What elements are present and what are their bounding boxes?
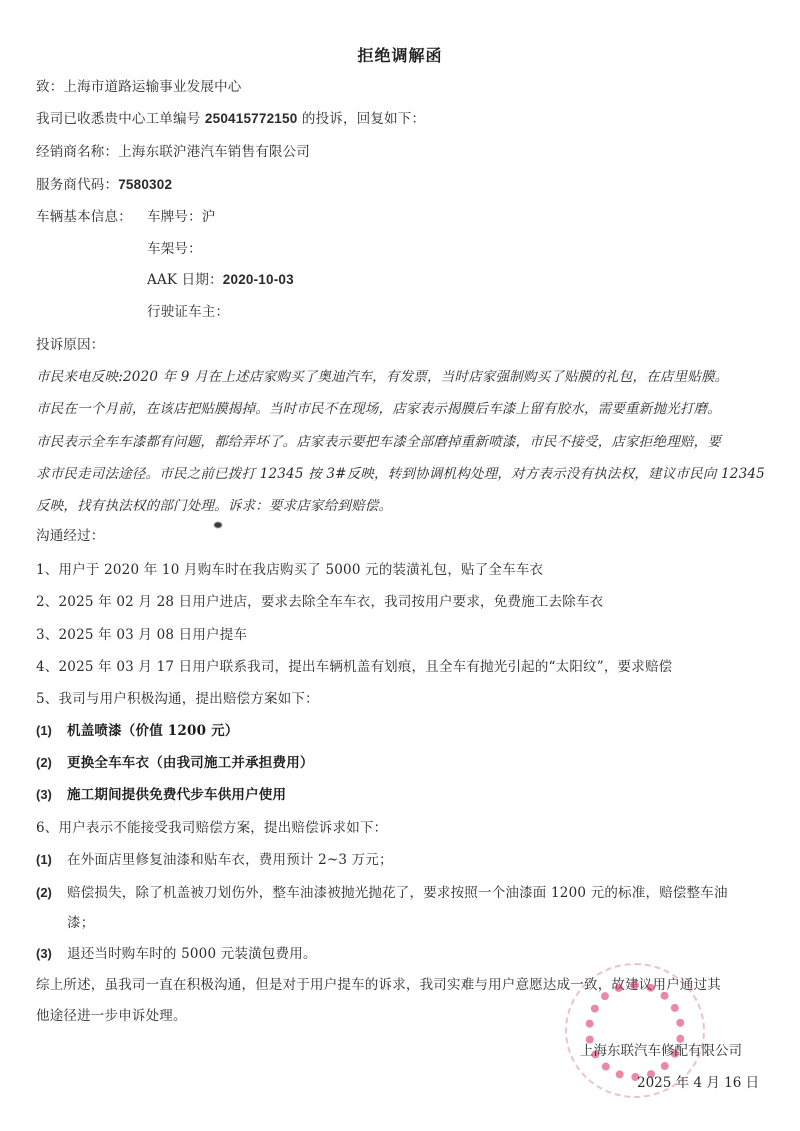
dealer-label: 经销商名称： xyxy=(36,144,118,160)
document-title: 拒绝调解函 xyxy=(0,43,800,66)
demand-marker: (1) xyxy=(36,852,52,867)
conclusion-line: 他途径进一步申诉处理。 xyxy=(36,1007,187,1025)
vin-label: 车架号： xyxy=(147,240,202,258)
complaint-line: 反映，找有执法权的部门处理。诉求：要求店家给到赔偿。 xyxy=(36,497,392,515)
aak-label: AAK 日期： xyxy=(147,272,223,288)
rejection-letter-page: 拒绝调解函 致：上海市道路运输事业发展中心 我司已收悉贵中心工单编号 25041… xyxy=(0,0,800,1131)
intro-suffix: 的投诉，回复如下： xyxy=(297,111,425,127)
seal-ring-icon xyxy=(585,981,685,1081)
user-demand: 在外面店里修复油漆和贴车衣，费用预计 2~3 万元； xyxy=(67,851,393,869)
user-demand: 赔偿损失，除了机盖被刀划伤外，整车油漆被抛光抛花了，要求按照一个油漆面 1200… xyxy=(67,884,728,902)
aak-line: AAK 日期：2020-10-03 xyxy=(147,271,294,289)
demand-marker: (3) xyxy=(36,946,52,961)
complaint-line: 市民来电反映:2020 年 9 月在上述店家购买了奥迪汽车，有发票，当时店家强制… xyxy=(36,368,728,386)
communication-heading: 沟通经过： xyxy=(36,527,105,545)
dealer-line: 经销商名称：上海东联沪港汽车销售有限公司 xyxy=(36,143,310,161)
offer-marker: (3) xyxy=(36,787,52,802)
company-offer: 机盖喷漆（价值 1200 元） xyxy=(67,722,238,740)
user-demand-continuation: 漆； xyxy=(67,914,94,932)
offer-marker: (1) xyxy=(36,723,52,738)
signature-date: 2025 年 4 月 16 日 xyxy=(637,1071,759,1091)
communication-item: 4、2025 年 03 月 17 日用户联系我司，提出车辆机盖有划痕，且全车有抛… xyxy=(36,658,672,676)
complaint-line: 市民表示全车车漆都有问题，都给弄坏了。店家表示要把车漆全部磨掉重新喷漆，市民不接… xyxy=(36,433,721,451)
complaint-line: 市民在一个月前，在该店把贴膜揭掉。当时市民不在现场，店家表示揭膜后车漆上留有胶水… xyxy=(36,400,721,418)
communication-item: 2、2025 年 02 月 28 日用户进店，要求去除全车车衣，我司按用户要求，… xyxy=(36,593,603,611)
communication-item: 3、2025 年 03 月 08 日用户提车 xyxy=(36,626,247,644)
company-offer: 施工期间提供免费代步车供用户使用 xyxy=(67,786,286,804)
user-demand: 退还当时购车时的 5000 元装潢包费用。 xyxy=(67,945,317,963)
company-offer: 更换全车车衣（由我司施工并承担费用） xyxy=(67,754,314,772)
addressee: 致：上海市道路运输事业发展中心 xyxy=(36,78,242,96)
dealer-name: 上海东联沪港汽车销售有限公司 xyxy=(118,144,310,160)
demand-marker: (2) xyxy=(36,885,52,900)
offer-marker: (2) xyxy=(36,755,52,770)
complaint-line: 求市民走司法途径。市民之前已拨打 12345 按 3#反映，转到协调机构处理，对… xyxy=(36,465,765,483)
intro-prefix: 我司已收悉贵中心工单编号 xyxy=(36,111,205,127)
aak-date: 2020-10-03 xyxy=(223,272,294,287)
vehicle-info-label: 车辆基本信息： xyxy=(36,208,132,226)
communication-item: 5、我司与用户积极沟通，提出赔偿方案如下： xyxy=(36,690,319,708)
communication-item: 1、用户于 2020 年 10 月购车时在我店购买了 5000 元的装潢礼包，贴… xyxy=(36,561,543,579)
owner-label: 行驶证车主： xyxy=(147,303,229,321)
service-code-line: 服务商代码：7580302 xyxy=(36,176,172,194)
ticket-number: 250415772150 xyxy=(205,111,298,126)
ink-spot xyxy=(214,522,222,528)
service-code: 7580302 xyxy=(118,177,172,192)
complaint-heading: 投诉原因： xyxy=(36,336,105,354)
communication-item-6: 6、用户表示不能接受我司赔偿方案，提出赔偿诉求如下： xyxy=(36,819,387,837)
signature-company: 上海东联汽车修配有限公司 xyxy=(580,1039,742,1059)
service-code-label: 服务商代码： xyxy=(36,177,118,193)
plate-label: 车牌号：沪 xyxy=(147,208,216,226)
intro-line: 我司已收悉贵中心工单编号 250415772150 的投诉，回复如下： xyxy=(36,110,425,128)
